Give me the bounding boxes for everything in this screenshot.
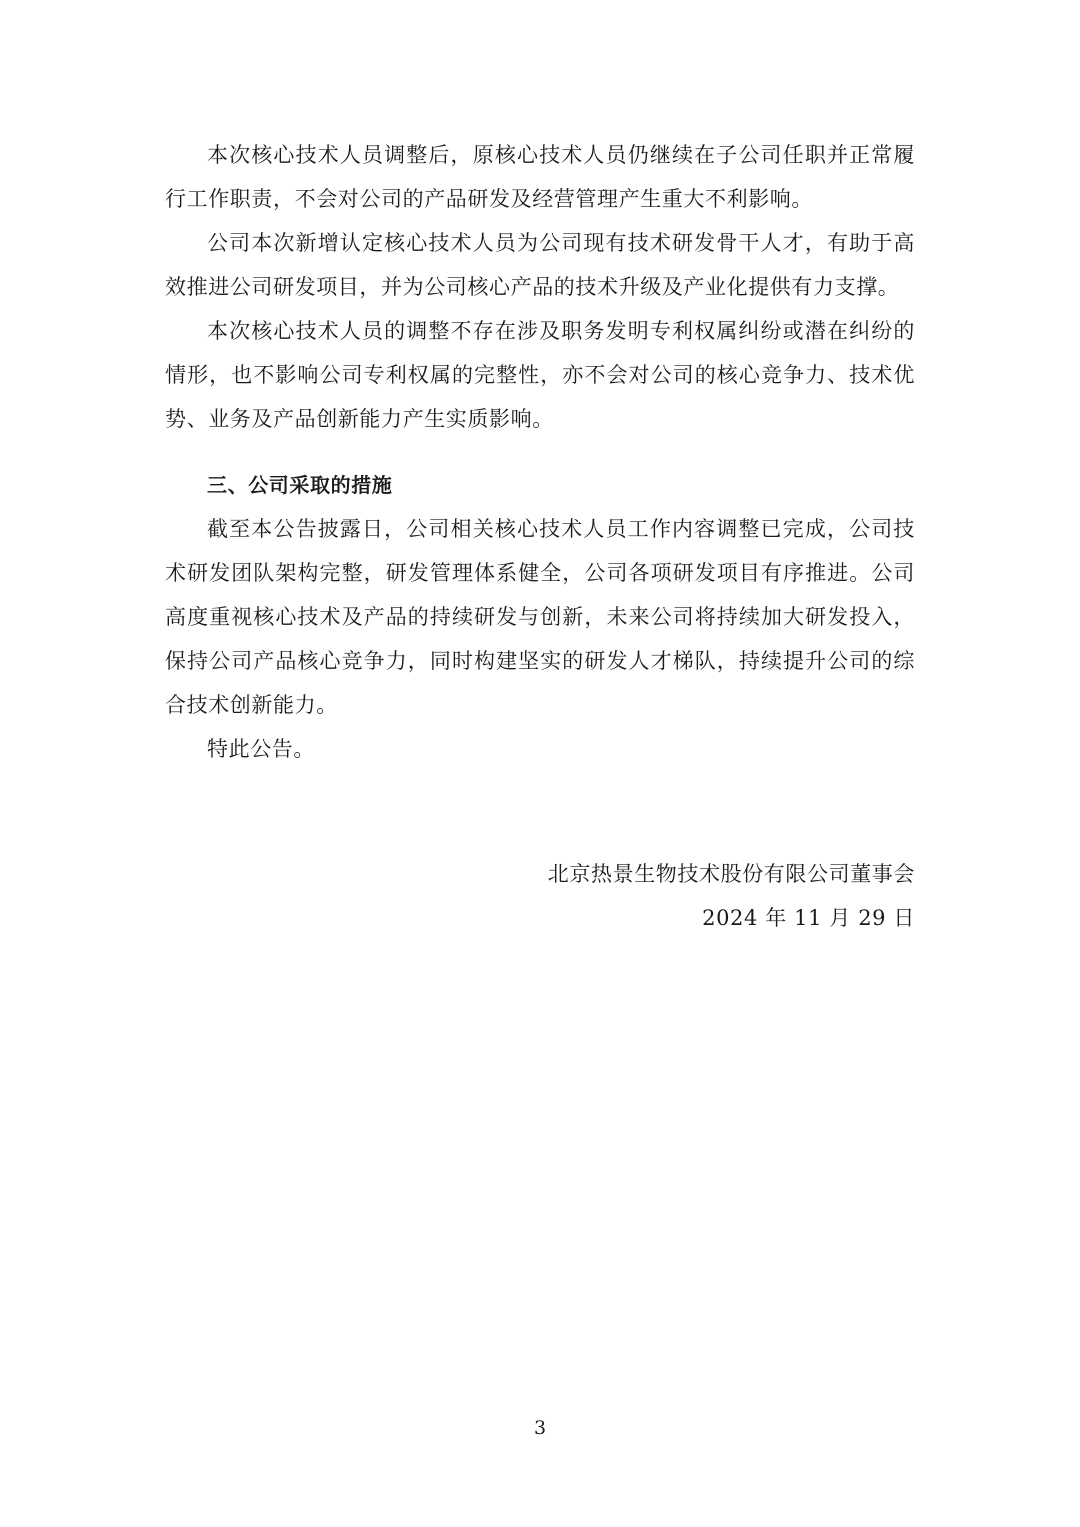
paragraph-closing: 特此公告。 bbox=[165, 727, 915, 771]
signature-company: 北京热景生物技术股份有限公司董事会 bbox=[548, 852, 915, 896]
page-number: 3 bbox=[0, 1417, 1080, 1439]
paragraph-new-personnel: 公司本次新增认定核心技术人员为公司现有技术研发骨干人才，有助于高效推进公司研发项… bbox=[165, 221, 915, 309]
document-page: 本次核心技术人员调整后，原核心技术人员仍继续在子公司任职并正常履行工作职责，不会… bbox=[0, 0, 1080, 1527]
section-heading-measures: 三、公司采取的措施 bbox=[165, 463, 915, 507]
paragraph-personnel-adjustment: 本次核心技术人员调整后，原核心技术人员仍继续在子公司任职并正常履行工作职责，不会… bbox=[165, 133, 915, 221]
document-body: 本次核心技术人员调整后，原核心技术人员仍继续在子公司任职并正常履行工作职责，不会… bbox=[165, 133, 915, 771]
section-gap bbox=[165, 441, 915, 463]
signature-date: 2024 年 11 月 29 日 bbox=[548, 896, 915, 940]
signature-block: 北京热景生物技术股份有限公司董事会 2024 年 11 月 29 日 bbox=[548, 852, 915, 940]
paragraph-measures: 截至本公告披露日，公司相关核心技术人员工作内容调整已完成，公司技术研发团队架构完… bbox=[165, 507, 915, 727]
paragraph-patent-impact: 本次核心技术人员的调整不存在涉及职务发明专利权属纠纷或潜在纠纷的情形，也不影响公… bbox=[165, 309, 915, 441]
